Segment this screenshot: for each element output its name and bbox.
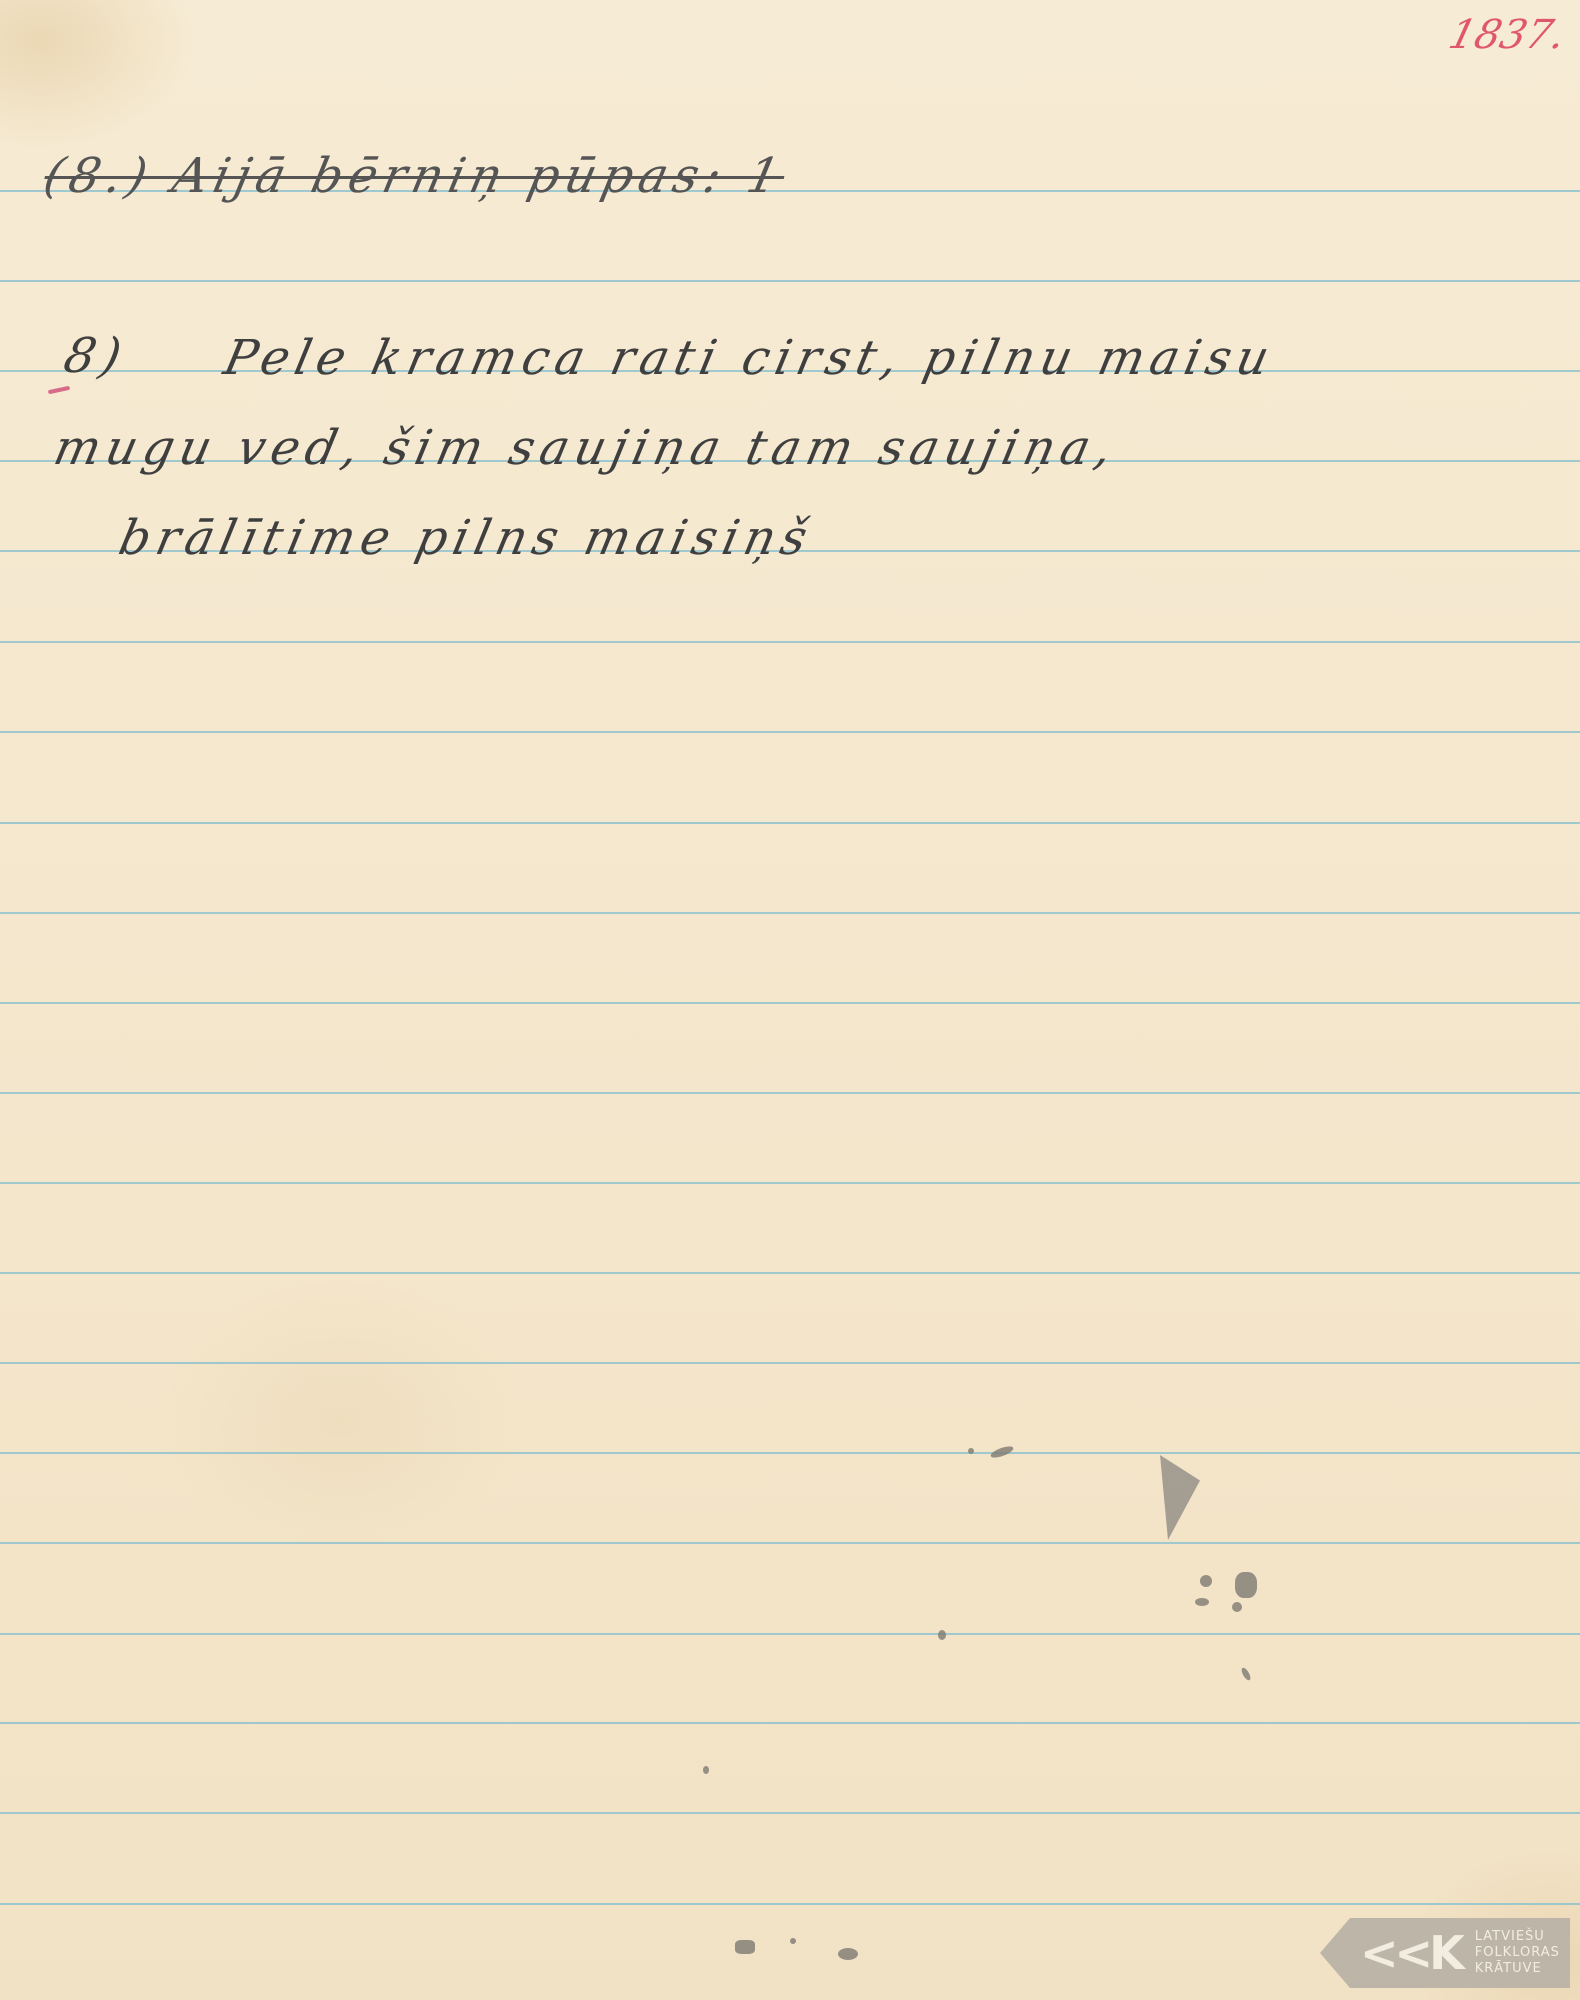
- ink-stain: [938, 1630, 946, 1640]
- ruled-line: [0, 912, 1580, 914]
- ink-stain: [1195, 1598, 1209, 1606]
- ruled-line: [0, 1633, 1580, 1635]
- red-underline-mark: [48, 386, 70, 394]
- entry-line-2: mugu ved, šim saujiņa tam saujiņa,: [49, 420, 1123, 476]
- ink-stain: [1200, 1575, 1212, 1587]
- ink-stain: [1240, 1666, 1252, 1681]
- page-number: 1837.: [1444, 12, 1570, 58]
- ruled-line: [0, 1542, 1580, 1544]
- entry-number: 8): [59, 328, 132, 384]
- ruled-line: [0, 1722, 1580, 1724]
- ink-stain: [735, 1940, 755, 1954]
- ink-stain: [968, 1448, 974, 1454]
- ink-stain: [838, 1948, 858, 1960]
- entry-line-1: Pele kramca rati cirst, pilnu maisu: [219, 330, 1280, 386]
- lfk-logo-icon: <<K: [1360, 1926, 1461, 1980]
- ruled-line: [0, 1903, 1580, 1905]
- ruled-line: [0, 641, 1580, 643]
- ink-stain: [1160, 1455, 1200, 1540]
- ruled-line: [0, 1002, 1580, 1004]
- ink-stain: [790, 1938, 796, 1944]
- manuscript-page: 1837. (8.) Aijā bērniņ pūpas: 1 8) Pele …: [0, 0, 1580, 2000]
- ruled-line: [0, 1092, 1580, 1094]
- ink-stain: [1235, 1572, 1257, 1598]
- struck-heading: (8.) Aijā bērniņ pūpas: 1: [39, 148, 790, 204]
- archive-logo: <<K LATVIEŠU FOLKLORAS KRĀTUVE: [1320, 1918, 1570, 1988]
- ink-stain: [703, 1766, 709, 1774]
- entry-line-3: brālītime pilns maisiņš: [114, 510, 818, 566]
- logo-line: KRĀTUVE: [1475, 1961, 1560, 1977]
- ruled-line: [0, 1362, 1580, 1364]
- ruled-line: [0, 1452, 1580, 1454]
- ruled-line: [0, 731, 1580, 733]
- logo-text: LATVIEŠU FOLKLORAS KRĀTUVE: [1475, 1929, 1560, 1977]
- ink-stain: [1232, 1602, 1242, 1612]
- ruled-line: [0, 1182, 1580, 1184]
- ruled-line: [0, 822, 1580, 824]
- ruled-line: [0, 280, 1580, 282]
- logo-line: FOLKLORAS: [1475, 1945, 1560, 1961]
- logo-line: LATVIEŠU: [1475, 1929, 1560, 1945]
- ruled-line: [0, 1812, 1580, 1814]
- ruled-line: [0, 1272, 1580, 1274]
